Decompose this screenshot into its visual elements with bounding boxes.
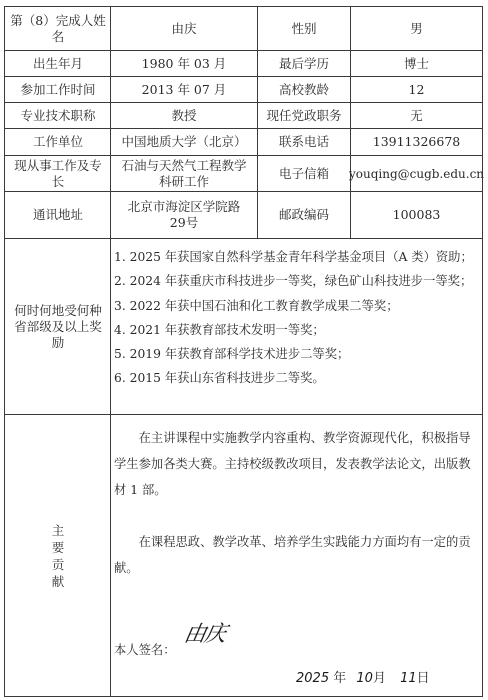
label-work-start: 参加工作时间 <box>6 77 110 102</box>
value-specialty: 石油与天然气工程教学科研工作 <box>111 156 257 191</box>
date-month-unit: 月 <box>373 671 386 686</box>
label-education: 最后学历 <box>258 51 350 76</box>
date-year: 2025 <box>296 671 329 686</box>
label-char: 要 <box>52 539 65 556</box>
label-char: 主 <box>52 522 65 539</box>
value-birth-date: 1980 年 03 月 <box>111 51 257 76</box>
value-address: 北京市海淀区学院路29号 <box>111 192 257 238</box>
label-awards: 何时何地受何种省部级及以上奖励 <box>6 239 110 414</box>
label-contributions: 主 要 贡 献 <box>6 415 110 697</box>
awards-list: 1. 2025 年获国家自然科学基金青年科学基金项目（A 类）资助； 2. 20… <box>114 238 478 414</box>
label-char: 献 <box>52 573 65 590</box>
contribution-paragraph: 在主讲课程中实施教学内容重构、教学资源现代化，积极指导学生参加各类大赛。主持校级… <box>114 425 480 503</box>
value-gender: 男 <box>351 8 482 50</box>
award-item: 3. 2022 年获中国石油和化工教育教学成果二等奖； <box>114 294 478 318</box>
value-teaching-years: 12 <box>351 77 482 102</box>
contribution-paragraph: 在课程思政、教学改革、培养学生实践能力方面均有一定的贡献。 <box>114 529 480 581</box>
value-name: 由庆 <box>111 8 257 50</box>
date-day-unit: 日 <box>417 671 430 686</box>
label-teaching-years: 高校教龄 <box>258 77 350 102</box>
label-email: 电子信箱 <box>258 156 350 191</box>
contributions-content: 在主讲课程中实施教学内容重构、教学资源现代化，积极指导学生参加各类大赛。主持校级… <box>114 414 480 697</box>
label-name: 第（8）完成人姓名 <box>6 8 110 50</box>
label-char: 贡 <box>52 556 65 573</box>
award-item: 2. 2024 年获重庆市科技进步一等奖，绿色矿山科技进步一等奖； <box>114 269 478 293</box>
label-gender: 性别 <box>258 8 350 50</box>
label-phone: 联系电话 <box>258 129 350 155</box>
value-party-post: 无 <box>351 103 482 128</box>
label-birth-date: 出生年月 <box>6 51 110 76</box>
value-title: 教授 <box>111 103 257 128</box>
value-phone: 13911326678 <box>351 129 482 155</box>
award-item: 1. 2025 年获国家自然科学基金青年科学基金项目（A 类）资助； <box>114 245 478 269</box>
value-employer: 中国地质大学（北京） <box>111 129 257 155</box>
award-item: 6. 2015 年获山东省科技进步二等奖。 <box>114 366 478 390</box>
award-item: 4. 2021 年获教育部技术发明一等奖； <box>114 318 478 342</box>
date-day: 11 <box>400 671 417 686</box>
value-email: youqing@cugb.edu.cn <box>351 156 482 191</box>
label-employer: 工作单位 <box>6 129 110 155</box>
handwritten-signature: 由庆 <box>182 622 227 648</box>
label-postcode: 邮政编码 <box>258 192 350 238</box>
label-specialty: 现从事工作及专长 <box>6 156 110 191</box>
date-month: 10 <box>356 671 373 686</box>
signature-label: 本人签名： <box>114 637 176 663</box>
date-year-unit: 年 <box>333 671 346 686</box>
label-title: 专业技术职称 <box>6 103 110 128</box>
value-education: 博士 <box>351 51 482 76</box>
label-party-post: 现任党政职务 <box>258 103 350 128</box>
signature-date: 2025 年 10月 11日 <box>296 666 430 692</box>
value-work-start: 2013 年 07 月 <box>111 77 257 102</box>
award-item: 5. 2019 年获教育部科学技术进步二等奖； <box>114 342 478 366</box>
label-address: 通讯地址 <box>6 192 110 238</box>
value-postcode: 100083 <box>351 192 482 238</box>
